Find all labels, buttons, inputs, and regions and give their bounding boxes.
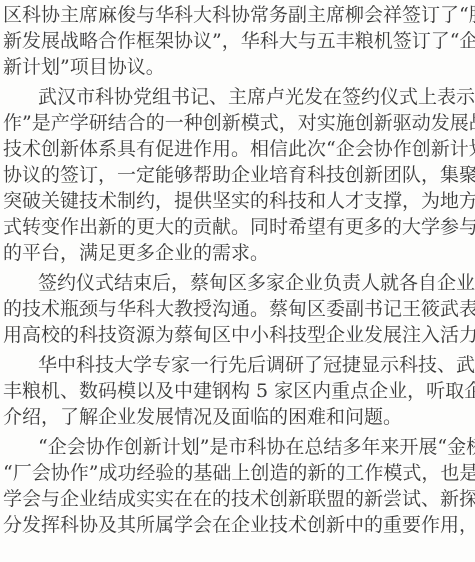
paragraph-4-line-2: 丰粮机、数码模以及中建钢构 5 家区内重点企业，听取企业发展情况 bbox=[3, 378, 471, 404]
paragraph-5-line-4: 分发挥科协及其所属学会在企业技术创新中的重要作用，进一步推动 bbox=[3, 512, 471, 538]
paragraph-5-line-2: “厂会协作”成功经验的基础上创造的新的工作模式，也是引导和促进 bbox=[3, 460, 471, 486]
paragraph-1-line-2: 新发展战略合作框架协议”，华科大与五丰粮机签订了“企会协作创 bbox=[3, 28, 471, 54]
paragraph-1-line-1: 区科协主席麻俊与华科大科协常务副主席柳会祥签订了“服务企业创 bbox=[3, 2, 471, 28]
paragraph-3-line-3: 用高校的科技资源为蔡甸区中小科技型企业发展注入活力。 bbox=[3, 322, 471, 348]
paragraph-2-line-3: 技术创新体系具有促进作用。相信此次“企会协作创新计划项目合作” bbox=[3, 136, 471, 162]
paragraph-5-line-1: “企会协作创新计划”是市科协在总结多年来开展“金桥工程”、 bbox=[38, 434, 471, 460]
paragraph-2-line-5: 突破关键技术制约，提供坚实的科技和人才支撑，为地方经济发展方 bbox=[3, 188, 471, 214]
paragraph-5-line-3: 学会与企业结成实实在在的技术创新联盟的新尝试、新探索，以期充 bbox=[3, 486, 471, 512]
paragraph-2-line-2: 作”是产学研结合的一种创新模式，对实施创新驱动发展战略，构建 bbox=[3, 110, 471, 136]
paragraph-3-line-1: 签约仪式结束后，蔡甸区多家企业负责人就各自企业生产中遇到 bbox=[38, 270, 471, 296]
paragraph-2-line-1: 武汉市科协党组书记、主席卢光发在签约仪式上表示：“企会协 bbox=[38, 84, 471, 110]
paragraph-2-line-6: 式转变作出新的更大的贡献。同时希望有更多的大学参与，搭建更多 bbox=[3, 214, 471, 240]
paragraph-3-line-2: 的技术瓶颈与华科大教授沟通。蔡甸区委副书记王筱武表示，希望利 bbox=[3, 296, 471, 322]
paragraph-4-line-3: 介绍，了解企业发展情况及面临的困难和问题。 bbox=[3, 404, 471, 430]
paragraph-4-line-1: 华中科技大学专家一行先后调研了冠捷显示科技、武汉恒发、五 bbox=[38, 352, 471, 378]
document-page: 区科协主席麻俊与华科大科协常务副主席柳会祥签订了“服务企业创 新发展战略合作框架… bbox=[0, 0, 475, 562]
paragraph-2-line-7: 的平台，满足更多企业的需求。 bbox=[3, 240, 471, 266]
paragraph-1-line-3: 新计划”项目协议。 bbox=[3, 54, 471, 80]
paragraph-2-line-4: 协议的签订，一定能够帮助企业培育科技创新团队，集聚创新资源， bbox=[3, 162, 471, 188]
